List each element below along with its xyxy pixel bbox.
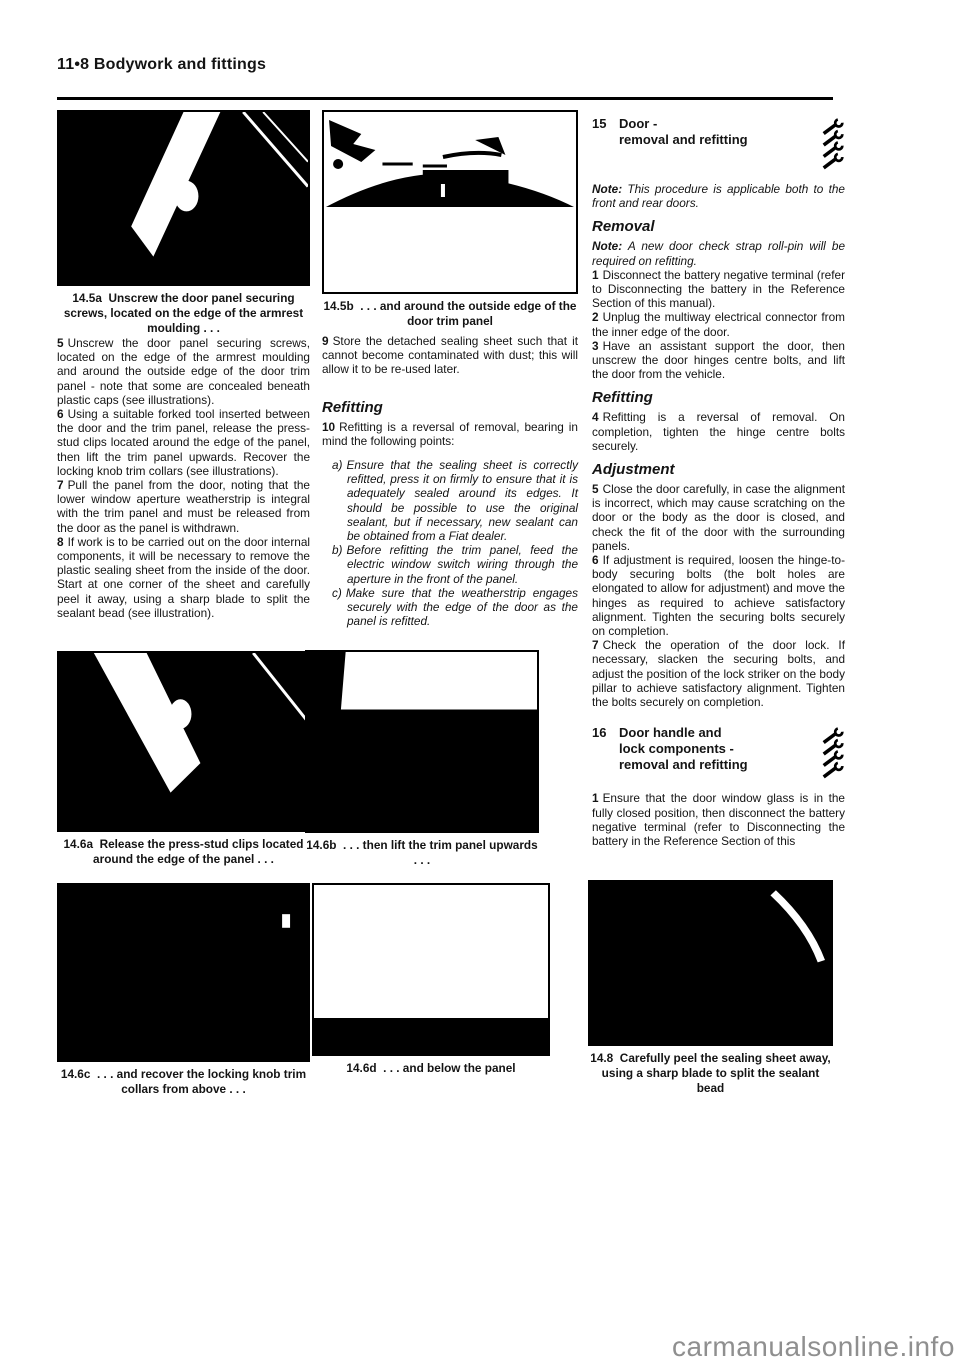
point-a: a)Ensure that the sealing sheet is corre… [332,458,578,543]
point-label: b) [332,543,343,557]
step-text: If work is to be carried out on the door… [57,535,310,620]
step-7: 7Check the operation of the door lock. I… [592,638,845,709]
watermark: carmanualsonline.info [672,1331,955,1362]
step-number: 9 [322,334,329,348]
section-title-line: Door - [619,116,657,131]
point-text: Make sure that the weatherstrip engages … [346,586,578,628]
section-title-lines: Door - removal and refitting [619,116,748,148]
section-title-lines: Door handle and lock components - remova… [619,725,748,773]
section-15-heading: 15 Door - removal and refitting [592,116,845,170]
step-number: 6 [57,407,64,421]
removal-subheading: Removal [592,218,845,235]
refitting-subheading: Refitting [592,389,845,406]
step-number: 5 [592,482,599,496]
step-5: 5Close the door carefully, in case the a… [592,482,845,553]
figure-14-6d-caption: 14.6d . . . and below the panel [312,1061,550,1076]
step-1: 1Disconnect the battery negative termina… [592,268,845,311]
note-text: This procedure is applicable both to the… [592,182,845,210]
section-title-line: removal and refitting [619,757,748,772]
figure-14-5b-caption: 14.5b . . . and around the outside edge … [322,299,578,329]
step-9: 9Store the detached sealing sheet such t… [322,334,578,377]
step-1-handle: 1Ensure that the door window glass is in… [592,791,845,848]
section-title-line: removal and refitting [619,132,748,147]
point-c: c)Make sure that the weatherstrip engage… [332,586,578,629]
figure-14-5a: 14.5a Unscrew the door panel securing sc… [57,110,310,336]
step-text: Store the detached sealing sheet such th… [322,334,578,376]
section-number: 15 [592,116,619,148]
section-15-title: 15 Door - removal and refitting [592,116,748,148]
section-16-heading: 16 Door handle and lock components - rem… [592,725,845,779]
figure-14-6b-caption: 14.6b . . . then lift the trim panel upw… [305,838,539,868]
note-text: A new door check strap roll-pin will be … [592,239,845,267]
step-3: 3Have an assistant support the door, the… [592,339,845,382]
step-text: Using a suitable forked tool inserted be… [57,407,310,478]
step-number: 2 [592,310,599,324]
figure-14-6c-photo [57,883,310,1062]
step-number: 7 [57,478,64,492]
figure-14-8-photo [588,880,833,1046]
step-6: 6Using a suitable forked tool inserted b… [57,407,310,478]
section-title-line: lock components - [619,741,734,756]
step-number: 4 [592,410,599,424]
column-3: 15 Door - removal and refitting Note: Th… [592,116,845,848]
step-text: Check the operation of the door lock. If… [592,638,845,709]
figure-14-6a-photo [57,651,310,832]
column-1-steps: 5Unscrew the door panel securing screws,… [57,336,310,620]
step-text: Pull the panel from the door, noting tha… [57,478,310,535]
figure-14-6d-photo [312,883,550,1056]
page-header: 11•8 Bodywork and fittings [57,56,266,74]
figure-14-5a-caption: 14.5a Unscrew the door panel securing sc… [57,291,310,336]
sealing-sheet-peel-photo [590,882,831,1044]
step-text: Ensure that the door window glass is in … [592,791,845,848]
figure-14-5b-photo [322,110,578,294]
step-text: Have an assistant support the door, then… [592,339,845,381]
figure-14-6c: 14.6c . . . and recover the locking knob… [57,883,310,1097]
figure-14-6b-photo [305,650,539,833]
wrench-stack-icon [819,727,845,779]
figure-14-5a-photo [57,110,310,286]
step-6: 6If adjustment is required, loosen the h… [592,553,845,638]
step-5: 5Unscrew the door panel securing screws,… [57,336,310,407]
note-label: Note: [592,182,622,196]
step-text: Unscrew the door panel securing screws, … [57,336,310,407]
section-16-title: 16 Door handle and lock components - rem… [592,725,748,773]
point-label: a) [332,458,343,472]
step-text: Refitting is a reversal of removal. On c… [592,410,845,452]
step-number: 1 [592,791,599,805]
step-number: 8 [57,535,64,549]
figure-14-6a-caption: 14.6a Release the press-stud clips locat… [57,837,310,867]
point-text: Before refitting the trim panel, feed th… [347,543,579,585]
trim-panel-lift-photo [307,652,537,831]
note-applicable: Note: This procedure is applicable both … [592,182,845,210]
step-number: 5 [57,336,64,350]
step-7: 7Pull the panel from the door, noting th… [57,478,310,535]
column-2-steps: 9Store the detached sealing sheet such t… [322,334,578,628]
step-text: Refitting is a reversal of removal, bear… [322,420,578,448]
step-2: 2Unplug the multiway electrical connecto… [592,310,845,338]
figure-14-6b: 14.6b . . . then lift the trim panel upw… [305,650,539,868]
note-label: Note: [592,239,622,253]
step-text: Close the door carefully, in case the al… [592,482,845,553]
step-number: 3 [592,339,599,353]
door-trim-edge-photo [324,112,576,292]
step-text: If adjustment is required, loosen the hi… [592,553,845,638]
point-label: c) [332,586,342,600]
note-rollpin: Note: A new door check strap roll-pin wi… [592,239,845,267]
point-b: b)Before refitting the trim panel, feed … [332,543,578,586]
step-10: 10Refitting is a reversal of removal, be… [322,420,578,448]
step-4: 4Refitting is a reversal of removal. On … [592,410,845,453]
figure-14-8-caption: 14.8 Carefully peel the sealing sheet aw… [588,1051,833,1096]
step-number: 7 [592,638,599,652]
wrench-stack-icon [819,118,845,170]
header-rule [57,97,833,100]
figure-14-5b: 14.5b . . . and around the outside edge … [322,110,578,329]
figure-14-6d: 14.6d . . . and below the panel [312,883,550,1076]
figure-14-6a: 14.6a Release the press-stud clips locat… [57,651,310,867]
figure-14-8: 14.8 Carefully peel the sealing sheet aw… [588,880,833,1096]
point-text: Ensure that the sealing sheet is correct… [347,458,579,543]
step-text: Disconnect the battery negative terminal… [592,268,845,310]
below-panel-photo [314,885,548,1054]
figure-14-6c-caption: 14.6c . . . and recover the locking knob… [57,1067,310,1097]
locking-knob-collars-photo [59,885,308,1060]
section-title-line: Door handle and [619,725,722,740]
press-stud-clips-photo [59,653,308,830]
adjustment-subheading: Adjustment [592,461,845,478]
step-text: Unplug the multiway electrical connector… [592,310,845,338]
door-panel-screws-photo [59,112,308,284]
step-number: 10 [322,420,335,434]
section-number: 16 [592,725,619,773]
step-number: 1 [592,268,599,282]
refitting-points-list: a)Ensure that the sealing sheet is corre… [322,458,578,628]
step-number: 6 [592,553,599,567]
refitting-subheading: Refitting [322,399,578,416]
step-8: 8If work is to be carried out on the doo… [57,535,310,620]
